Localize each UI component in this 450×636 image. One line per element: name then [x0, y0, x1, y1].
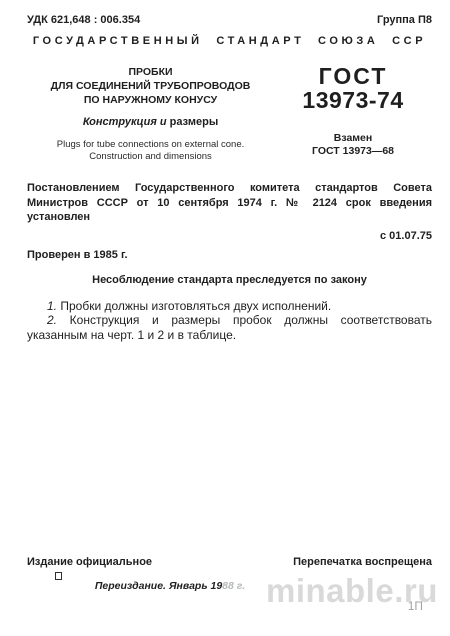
gost-label: ГОСТ [274, 65, 432, 88]
reissue-note: Переиздание. Январь 1988 г. [0, 580, 340, 592]
clause-2-number: 2. [47, 313, 57, 327]
title-line-3: ПО НАРУЖНОМУ КОНУСУ [27, 93, 274, 107]
title-line-1: ПРОБКИ [27, 65, 274, 79]
clause-1-number: 1. [47, 299, 57, 313]
reissue-faded-part: 88 г. [222, 580, 245, 592]
page-marker: 1П [408, 599, 423, 613]
clause-1: 1. Пробки должны изготовляться двух испо… [27, 299, 432, 314]
title-en-line-2: Construction and dimensions [27, 151, 274, 163]
clause-2-text: Конструкция и размеры пробок должны соот… [27, 313, 432, 342]
replaces-number: ГОСТ 13973—68 [274, 145, 432, 158]
document-title-en: Plugs for tube connections on external c… [27, 139, 274, 162]
document-title-ru: ПРОБКИ ДЛЯ СОЕДИНЕНИЙ ТРУБОПРОВОДОВ ПО Н… [27, 65, 274, 107]
replaces-label: Взамен [274, 132, 432, 145]
title-left-column: ПРОБКИ ДЛЯ СОЕДИНЕНИЙ ТРУБОПРОВОДОВ ПО Н… [27, 65, 274, 162]
reissue-dark-part: Переиздание. Январь 19 [95, 580, 222, 592]
subtitle-italic-part: Конструкция и [83, 116, 167, 128]
gost-number: 13973-74 [274, 88, 432, 113]
effective-date: с 01.07.75 [27, 230, 432, 242]
replaces-block: Взамен ГОСТ 13973—68 [274, 132, 432, 157]
meta-row: УДК 621,648 : 006.354 Группа П8 [27, 14, 432, 26]
gost-document-page: УДК 621,648 : 006.354 Группа П8 ГОСУДАРС… [0, 0, 450, 636]
clauses-list: 1. Пробки должны изготовляться двух испо… [27, 299, 432, 343]
title-block: ПРОБКИ ДЛЯ СОЕДИНЕНИЙ ТРУБОПРОВОДОВ ПО Н… [27, 65, 432, 162]
checked-note: Проверен в 1985 г. [27, 249, 432, 261]
clause-2: 2. Конструкция и размеры пробок должны с… [27, 313, 432, 342]
group-code: Группа П8 [377, 14, 432, 26]
document-subtitle: Конструкция и размеры [27, 116, 274, 128]
title-line-2: ДЛЯ СОЕДИНЕНИЙ ТРУБОПРОВОДОВ [27, 79, 274, 93]
decree-paragraph: Постановлением Государственного комитета… [27, 181, 432, 225]
title-en-line-1: Plugs for tube connections on external c… [27, 139, 274, 151]
state-standard-heading: ГОСУДАРСТВЕННЫЙ СТАНДАРТ СОЮЗА ССР [27, 35, 432, 47]
law-notice: Несоблюдение стандарта преследуется по з… [27, 274, 432, 286]
subtitle-bold-part: размеры [167, 116, 219, 128]
footer-row: Издание официальное Перепечатка воспреще… [27, 556, 432, 568]
official-edition-box-icon [55, 572, 62, 580]
document-content: УДК 621,648 : 006.354 Группа П8 ГОСУДАРС… [0, 0, 450, 342]
title-right-column: ГОСТ 13973-74 Взамен ГОСТ 13973—68 [274, 65, 432, 162]
clause-1-text: Пробки должны изготовляться двух исполне… [57, 299, 331, 313]
official-edition-label: Издание официальное [27, 556, 152, 568]
udk-code: УДК 621,648 : 006.354 [27, 14, 140, 26]
reprint-prohibited-label: Перепечатка воспрещена [293, 556, 432, 568]
